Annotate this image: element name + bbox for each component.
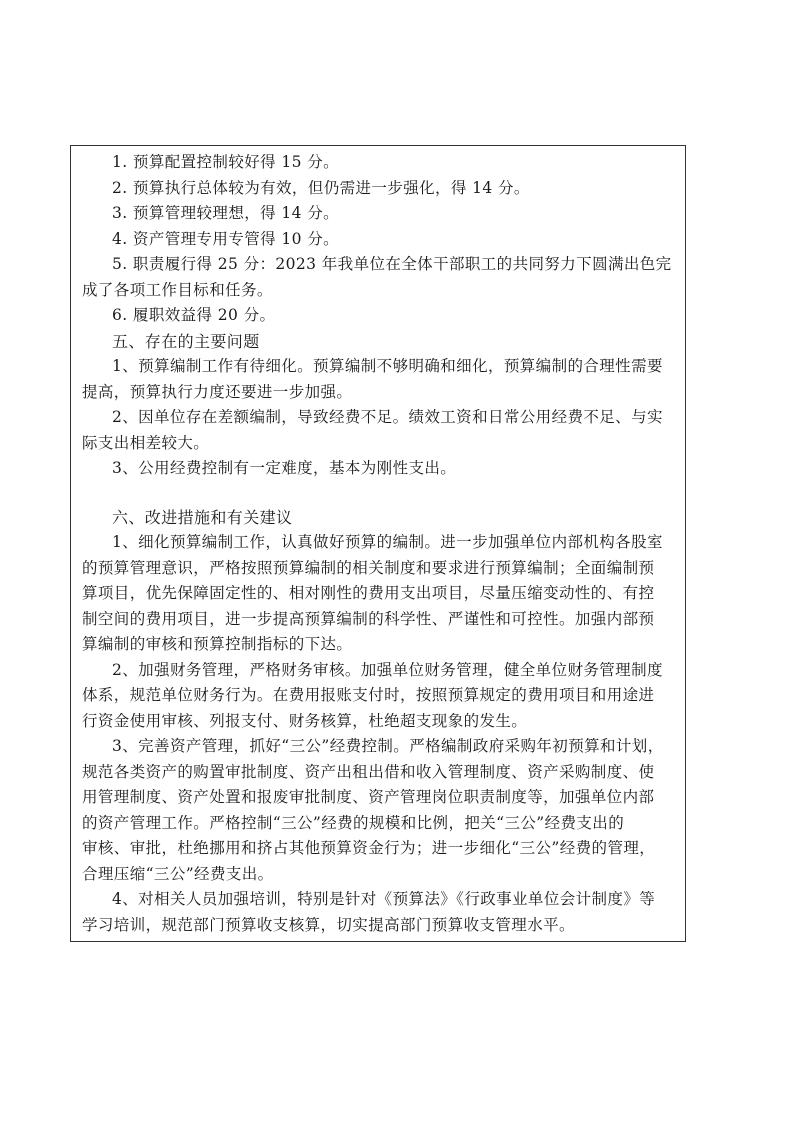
- problem-2-cont: 际支出相差较大。: [82, 431, 682, 457]
- measure-3-cont: 合理压缩“三公”经费支出。: [82, 862, 682, 888]
- measure-3-cont: 用管理制度、资产处置和报废审批制度、资产管理岗位职责制度等，加强单位内部: [82, 785, 682, 811]
- measure-1-cont: 的预算管理意识，严格按照预算编制的相关制度和要求进行预算编制；全面编制预: [82, 556, 682, 582]
- measure-2: 2、加强财务管理，严格财务审核。加强单位财务管理，健全单位财务管理制度: [82, 658, 682, 684]
- measure-1: 1、细化预算编制工作，认真做好预算的编制。进一步加强单位内部机构各股室: [82, 530, 682, 556]
- measure-3: 3、完善资产管理，抓好“三公”经费控制。严格编制政府采购年初预算和计划，: [82, 734, 682, 760]
- measure-2-cont: 行资金使用审核、列报支付、财务核算，杜绝超支现象的发生。: [82, 709, 682, 735]
- score-item-1: 1. 预算配置控制较好得 15 分。: [82, 150, 682, 176]
- section-6-heading: 六、改进措施和有关建议: [82, 505, 682, 531]
- measure-3-cont: 审核、审批，杜绝挪用和挤占其他预算资金行为；进一步细化“三公”经费的管理，: [82, 836, 682, 862]
- score-item-2: 2. 预算执行总体较为有效，但仍需进一步强化，得 14 分。: [82, 176, 682, 202]
- score-item-6: 6. 履职效益得 20 分。: [82, 303, 682, 329]
- measure-4: 4、对相关人员加强培训，特别是针对《预算法》《行政事业单位会计制度》等: [82, 887, 682, 913]
- measure-2-cont: 体系，规范单位财务行为。在费用报账支付时，按照预算规定的费用项目和用途进: [82, 683, 682, 709]
- problem-1-cont: 提高，预算执行力度还要进一步加强。: [82, 380, 682, 406]
- score-item-5-cont: 成了各项工作目标和任务。: [82, 278, 682, 304]
- problem-2: 2、因单位存在差额编制，导致经费不足。绩效工资和日常公用经费不足、与实: [82, 405, 682, 431]
- document-content: 1. 预算配置控制较好得 15 分。 2. 预算执行总体较为有效，但仍需进一步强…: [82, 150, 682, 938]
- measure-1-cont: 算编制的审核和预算控制指标的下达。: [82, 632, 682, 658]
- score-item-4: 4. 资产管理专用专管得 10 分。: [82, 227, 682, 253]
- measure-3-cont: 规范各类资产的购置审批制度、资产出租出借和收入管理制度、资产采购制度、使: [82, 760, 682, 786]
- score-item-5: 5. 职责履行得 25 分：2023 年我单位在全体干部职工的共同努力下圆满出色…: [82, 252, 682, 278]
- measure-4-cont: 学习培训，规范部门预算收支核算，切实提高部门预算收支管理水平。: [82, 913, 682, 939]
- section-5-heading: 五、存在的主要问题: [82, 329, 682, 355]
- problem-3: 3、公用经费控制有一定难度，基本为刚性支出。: [82, 456, 682, 482]
- score-item-3: 3. 预算管理较理想，得 14 分。: [82, 201, 682, 227]
- problem-1: 1、预算编制工作有待细化。预算编制不够明确和细化，预算编制的合理性需要: [82, 354, 682, 380]
- measure-3-cont: 的资产管理工作。严格控制“三公”经费的规模和比例，把关“三公”经费支出的: [82, 811, 682, 837]
- spacer: [82, 482, 682, 505]
- measure-1-cont: 算项目，优先保障固定性的、相对刚性的费用支出项目，尽量压缩变动性的、有控: [82, 581, 682, 607]
- measure-1-cont: 制空间的费用项目，进一步提高预算编制的科学性、严谨性和可控性。加强内部预: [82, 607, 682, 633]
